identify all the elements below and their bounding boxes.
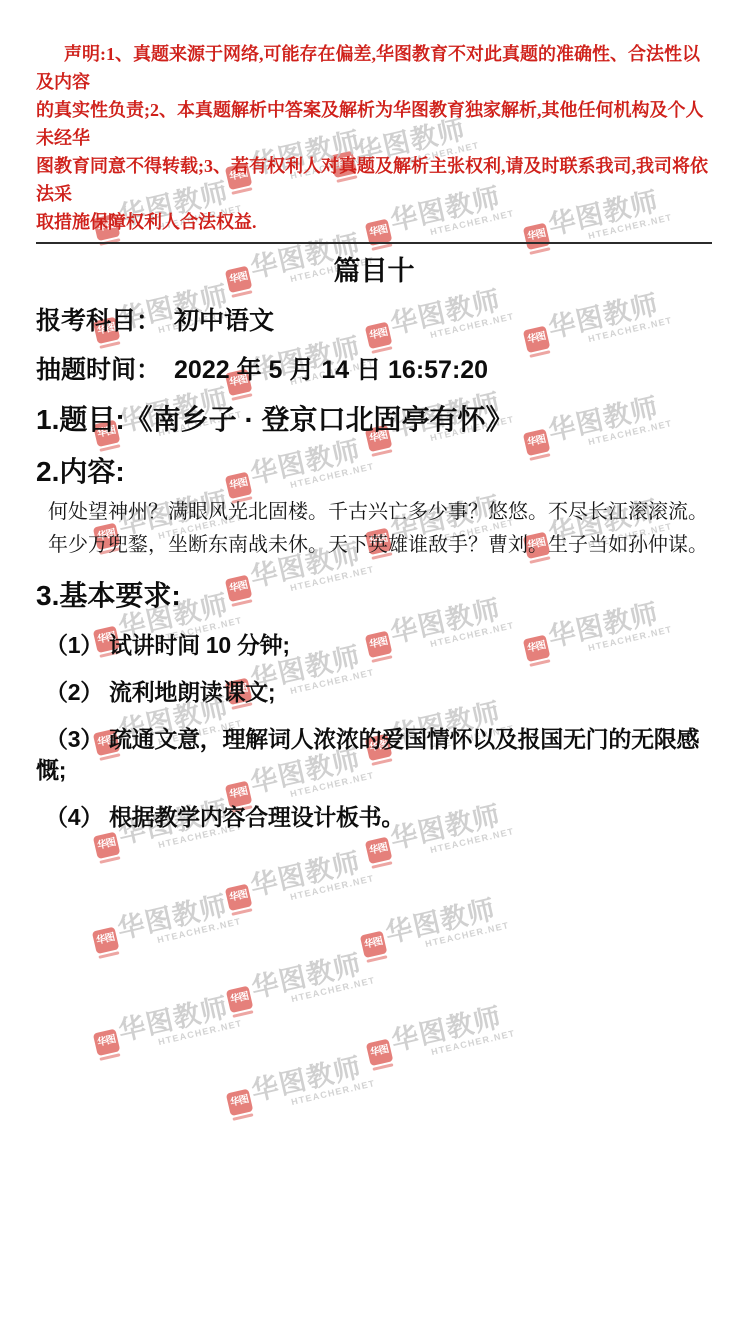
watermark-logo-column: 华图 bbox=[93, 1029, 122, 1061]
subject-field: 报考科目：初中语文 bbox=[36, 305, 712, 337]
watermark-logo-column: 华图 bbox=[360, 931, 389, 963]
watermark-logo-column: 华图 bbox=[92, 927, 121, 959]
watermark-en-text: HTEACHER.NET bbox=[290, 1078, 376, 1107]
watermark-text-column: 华图教师HTEACHER.NET bbox=[114, 983, 243, 1055]
content-heading: 2.内容: bbox=[36, 454, 712, 490]
watermark-logo-column: 华图 bbox=[365, 837, 394, 869]
watermark-en-text: HTEACHER.NET bbox=[424, 920, 510, 949]
watermark: 华图华图教师HTEACHER.NET bbox=[222, 1043, 377, 1121]
watermark-en-text: HTEACHER.NET bbox=[430, 1028, 516, 1057]
watermark-text-column: 华图教师HTEACHER.NET bbox=[387, 993, 516, 1065]
watermark-en-text: HTEACHER.NET bbox=[156, 916, 242, 945]
watermark-logo-column: 华图 bbox=[226, 986, 255, 1018]
watermark-en-text: HTEACHER.NET bbox=[290, 975, 376, 1004]
huatu-logo-icon: 华图 bbox=[93, 832, 121, 860]
requirement-item-2: （2） 流利地朗读课文; bbox=[36, 677, 712, 708]
huatu-logo-icon: 华图 bbox=[93, 1029, 121, 1057]
watermark-text-column: 华图教师HTEACHER.NET bbox=[246, 838, 375, 910]
watermark-text-column: 华图教师HTEACHER.NET bbox=[247, 940, 376, 1012]
huatu-logo-caption-mark bbox=[366, 955, 387, 963]
poem: 何处望神州？满眼风光北固楼。千古兴亡多少事？悠悠。不尽长江滚滚流。 年少万兜鍪，… bbox=[36, 496, 712, 562]
watermark-cn-text: 华图教师 bbox=[387, 993, 515, 1058]
draw-time-field: 抽题时间：2022 年 5 月 14 日 16:57:20 bbox=[36, 354, 712, 386]
subject-label: 报考科目： bbox=[36, 307, 161, 335]
watermark-cn-text: 华图教师 bbox=[247, 1043, 375, 1108]
page-content: 声明:1、真题来源于网络,可能存在偏差,华图教育不对此真题的准确性、合法性以及内… bbox=[0, 0, 748, 833]
page-title: 篇目十 bbox=[36, 254, 712, 288]
watermark-cn-text: 华图教师 bbox=[113, 881, 241, 946]
topic-heading: 1.题目:《南乡子 · 登京口北固亭有怀》 bbox=[36, 402, 712, 438]
watermark-logo-column: 华图 bbox=[366, 1039, 395, 1071]
huatu-logo-caption-mark bbox=[98, 951, 119, 959]
watermark-text-column: 华图教师HTEACHER.NET bbox=[381, 885, 510, 957]
watermark: 华图华图教师HTEACHER.NET bbox=[362, 993, 517, 1071]
huatu-logo-caption-mark bbox=[99, 1053, 120, 1061]
huatu-logo-icon: 华图 bbox=[360, 931, 388, 959]
watermark: 华图华图教师HTEACHER.NET bbox=[222, 940, 377, 1018]
watermark: 华图华图教师HTEACHER.NET bbox=[356, 885, 511, 963]
watermark-logo-column: 华图 bbox=[93, 832, 122, 864]
huatu-logo-caption-mark bbox=[232, 1113, 253, 1121]
huatu-logo-caption-mark bbox=[99, 856, 120, 864]
huatu-logo-icon: 华图 bbox=[365, 837, 393, 865]
watermark: 华图华图教师HTEACHER.NET bbox=[89, 983, 244, 1061]
huatu-logo-caption-mark bbox=[372, 1063, 393, 1071]
watermark: 华图华图教师HTEACHER.NET bbox=[221, 838, 376, 916]
watermark-logo-column: 华图 bbox=[226, 1089, 255, 1121]
watermark-cn-text: 华图教师 bbox=[114, 983, 242, 1048]
watermark: 华图华图教师HTEACHER.NET bbox=[88, 881, 243, 959]
watermark-en-text: HTEACHER.NET bbox=[289, 873, 375, 902]
huatu-logo-icon: 华图 bbox=[366, 1039, 394, 1067]
draw-time-value: 2022 年 5 月 14 日 16:57:20 bbox=[174, 356, 488, 384]
huatu-logo-caption-mark bbox=[232, 1010, 253, 1018]
watermark-text-column: 华图教师HTEACHER.NET bbox=[247, 1043, 376, 1115]
watermark-text-column: 华图教师HTEACHER.NET bbox=[113, 881, 242, 953]
divider-line bbox=[36, 242, 712, 244]
draw-time-label: 抽题时间： bbox=[36, 356, 161, 384]
poem-line-2: 年少万兜鍪，坐断东南战未休。天下英雄谁敌手？曹刘。生子当如孙仲谋。 bbox=[48, 529, 712, 562]
huatu-logo-icon: 华图 bbox=[226, 986, 254, 1014]
disclaimer-text: 声明:1、真题来源于网络,可能存在偏差,华图教育不对此真题的准确性、合法性以及内… bbox=[36, 40, 712, 236]
exam-question-page: 华图华图教师HTEACHER.NET华图华图教师HTEACHER.NET华图华图… bbox=[0, 0, 748, 1335]
huatu-logo-icon: 华图 bbox=[92, 927, 120, 955]
watermark-en-text: HTEACHER.NET bbox=[157, 1018, 243, 1047]
huatu-logo-caption-mark bbox=[371, 861, 392, 869]
watermark-cn-text: 华图教师 bbox=[381, 885, 509, 950]
watermark-logo-column: 华图 bbox=[225, 884, 254, 916]
poem-line-1: 何处望神州？满眼风光北固楼。千古兴亡多少事？悠悠。不尽长江滚滚流。 bbox=[48, 496, 712, 529]
huatu-logo-icon: 华图 bbox=[225, 884, 253, 912]
watermark-cn-text: 华图教师 bbox=[246, 838, 374, 903]
huatu-logo-caption-mark bbox=[231, 908, 252, 916]
requirement-item-3: （3） 疏通文意，理解词人浓浓的爱国情怀以及报国无门的无限感 慨; bbox=[36, 724, 712, 786]
requirement-item-1: （1） 试讲时间 10 分钟; bbox=[36, 630, 712, 661]
watermark-cn-text: 华图教师 bbox=[247, 940, 375, 1005]
subject-value: 初中语文 bbox=[174, 307, 274, 335]
huatu-logo-icon: 华图 bbox=[226, 1089, 254, 1117]
requirement-item-4: （4） 根据教学内容合理设计板书。 bbox=[36, 802, 712, 833]
requirements-heading: 3.基本要求: bbox=[36, 578, 712, 614]
